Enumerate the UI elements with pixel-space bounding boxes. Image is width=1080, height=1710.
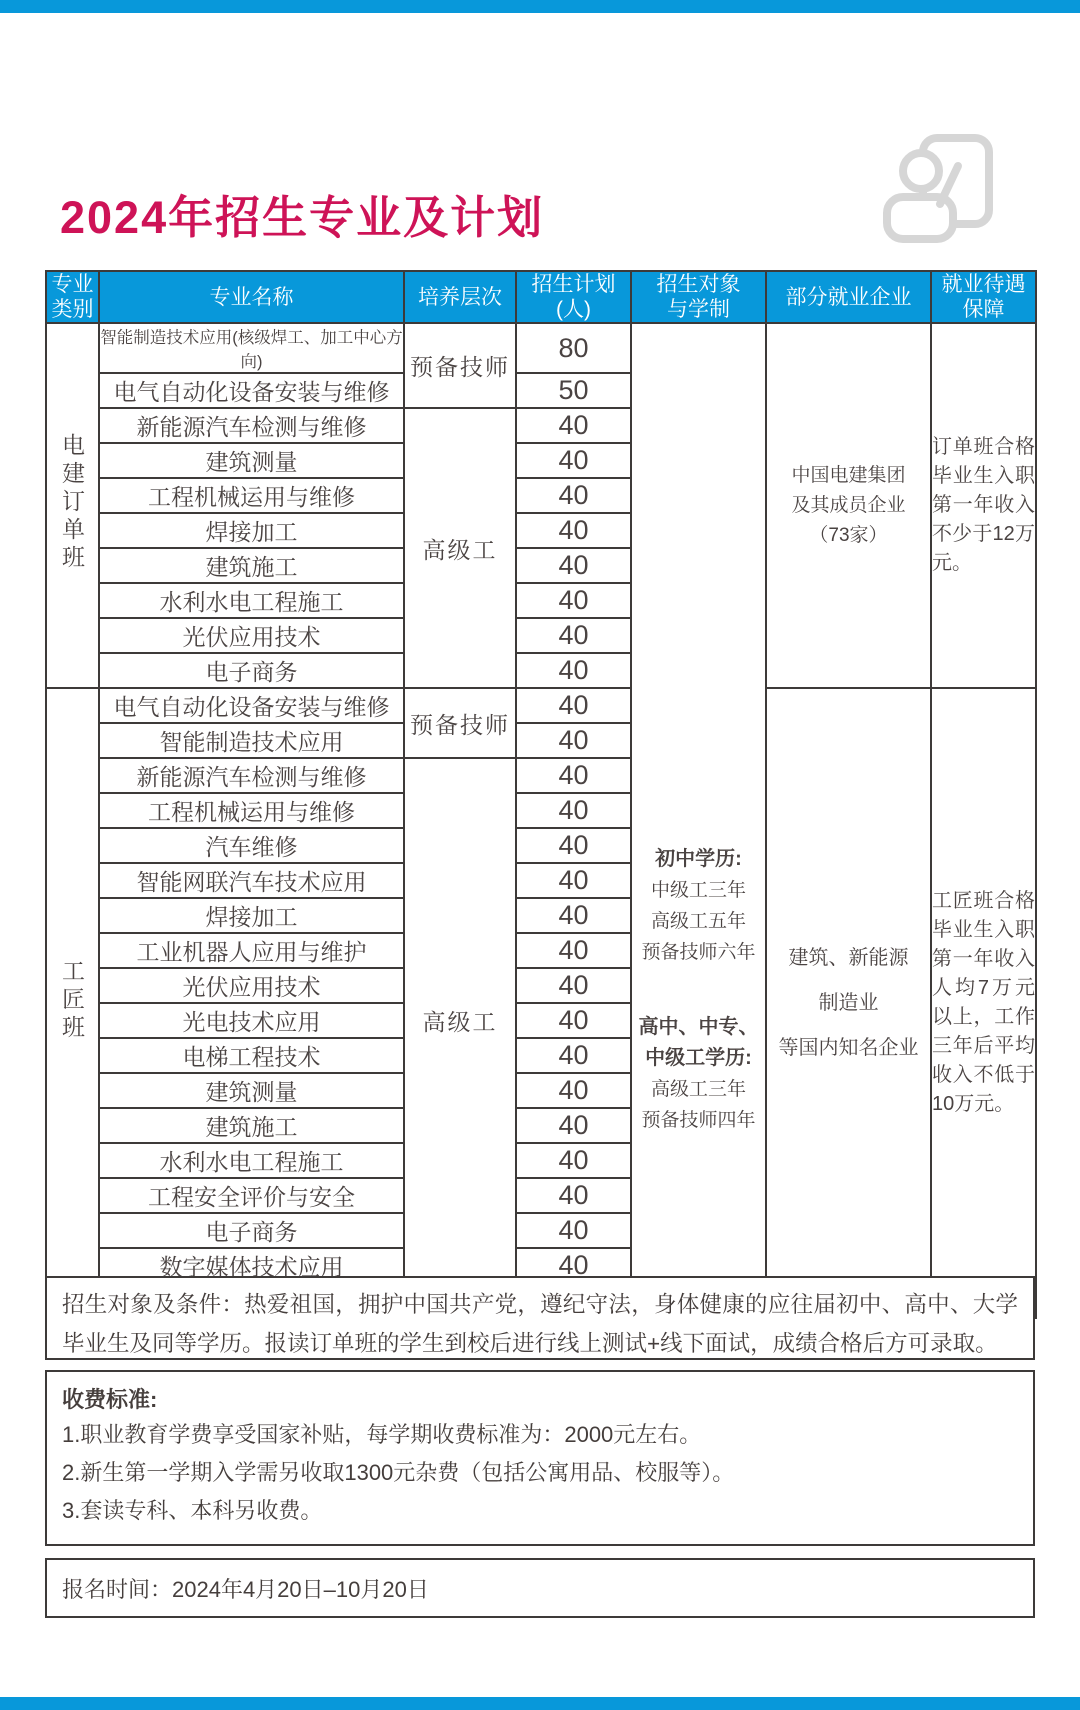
category-label: 工匠班 bbox=[56, 959, 89, 1043]
teacher-at-board-logo-icon bbox=[853, 130, 995, 244]
audience-block-title: 初中学历: bbox=[641, 844, 755, 875]
employers-line: 建筑、新能源 bbox=[767, 936, 930, 981]
category-cell: 工匠班 bbox=[46, 688, 99, 1318]
page-title: 2024年招生专业及计划 bbox=[60, 181, 544, 246]
major-cell: 建筑施工 bbox=[99, 1108, 404, 1143]
table-row: 工匠班电气自动化设备安装与维修预备技师40建筑、新能源制造业等国内知名企业工匠班… bbox=[46, 688, 1036, 723]
plan-cell: 40 bbox=[516, 1143, 631, 1178]
employers-line: 等国内知名企业 bbox=[767, 1026, 930, 1071]
employers-lines: 中国电建集团及其成员企业（73家） bbox=[767, 461, 930, 551]
table-body: 电建订单班智能制造技术应用(核级焊工、加工中心方向)预备技师80初中学历:中级工… bbox=[46, 323, 1036, 1318]
plan-cell: 40 bbox=[516, 828, 631, 863]
plan-cell: 40 bbox=[516, 968, 631, 1003]
benefit-cell: 订单班合格毕业生入职第一年收入不少于12万元。 bbox=[931, 323, 1036, 688]
table-row: 电建订单班智能制造技术应用(核级焊工、加工中心方向)预备技师80初中学历:中级工… bbox=[46, 323, 1036, 373]
major-cell: 智能网联汽车技术应用 bbox=[99, 863, 404, 898]
major-cell: 建筑测量 bbox=[99, 1073, 404, 1108]
audience-block-junior: 初中学历:中级工三年高级工五年预备技师六年 bbox=[641, 844, 755, 968]
major-cell: 建筑测量 bbox=[99, 443, 404, 478]
major-cell: 焊接加工 bbox=[99, 513, 404, 548]
major-cell: 焊接加工 bbox=[99, 898, 404, 933]
plan-cell: 40 bbox=[516, 1038, 631, 1073]
major-cell: 汽车维修 bbox=[99, 828, 404, 863]
major-cell: 新能源汽车检测与维修 bbox=[99, 408, 404, 443]
audience-block-title: 高中、中专、 bbox=[639, 1012, 759, 1043]
enrollment-plan-table: 专业类别 专业名称 培养层次 招生计划(人) 招生对象与学制 部分就业企业 就业… bbox=[45, 270, 1037, 1319]
employers-line: （73家） bbox=[767, 521, 930, 551]
audience-block-title: 中级工学历: bbox=[639, 1043, 759, 1074]
col-header-level: 培养层次 bbox=[404, 271, 516, 323]
col-header-major: 专业名称 bbox=[99, 271, 404, 323]
major-cell: 电梯工程技术 bbox=[99, 1038, 404, 1073]
col-header-employers: 部分就业企业 bbox=[766, 271, 931, 323]
major-cell: 电气自动化设备安装与维修 bbox=[99, 688, 404, 723]
benefit-cell: 工匠班合格毕业生入职第一年收入人均7万元以上，工作三年后平均收入不低于10万元。 bbox=[931, 688, 1036, 1318]
table-header: 专业类别 专业名称 培养层次 招生计划(人) 招生对象与学制 部分就业企业 就业… bbox=[46, 271, 1036, 323]
plan-cell: 40 bbox=[516, 1213, 631, 1248]
level-cell: 预备技师 bbox=[404, 323, 516, 408]
major-cell: 工程机械运用与维修 bbox=[99, 478, 404, 513]
audience-block-senior: 高中、中专、中级工学历:高级工三年预备技师四年 bbox=[639, 1012, 759, 1136]
col-header-plan: 招生计划(人) bbox=[516, 271, 631, 323]
col-header-audience: 招生对象与学制 bbox=[631, 271, 766, 323]
plan-cell: 40 bbox=[516, 758, 631, 793]
admission-requirements-note: 招生对象及条件：热爱祖国，拥护中国共产党，遵纪守法，身体健康的应往届初中、高中、… bbox=[45, 1276, 1035, 1360]
employers-line: 制造业 bbox=[767, 981, 930, 1026]
audience-line: 中级工三年 bbox=[641, 875, 755, 906]
col-header-category: 专业类别 bbox=[46, 271, 99, 323]
level-cell: 预备技师 bbox=[404, 688, 516, 758]
category-label: 电建订单班 bbox=[56, 433, 89, 573]
fees-section: 收费标准: 1.职业教育学费享受国家补贴，每学期收费标准为：2000元左右。 2… bbox=[45, 1370, 1035, 1546]
bottom-accent-bar bbox=[0, 1697, 1080, 1710]
plan-cell: 40 bbox=[516, 933, 631, 968]
plan-cell: 40 bbox=[516, 408, 631, 443]
major-cell: 光伏应用技术 bbox=[99, 618, 404, 653]
major-cell: 水利水电工程施工 bbox=[99, 583, 404, 618]
plan-cell: 40 bbox=[516, 443, 631, 478]
plan-cell: 40 bbox=[516, 478, 631, 513]
major-cell: 工程机械运用与维修 bbox=[99, 793, 404, 828]
employers-line: 中国电建集团 bbox=[767, 461, 930, 491]
major-cell: 建筑施工 bbox=[99, 548, 404, 583]
plan-cell: 40 bbox=[516, 1108, 631, 1143]
major-cell: 电子商务 bbox=[99, 1213, 404, 1248]
employers-lines: 建筑、新能源制造业等国内知名企业 bbox=[767, 936, 930, 1071]
major-cell: 水利水电工程施工 bbox=[99, 1143, 404, 1178]
category-cell: 电建订单班 bbox=[46, 323, 99, 688]
plan-cell: 40 bbox=[516, 688, 631, 723]
audience-line: 预备技师四年 bbox=[639, 1105, 759, 1136]
plan-cell: 40 bbox=[516, 723, 631, 758]
employers-line: 及其成员企业 bbox=[767, 491, 930, 521]
plan-cell: 50 bbox=[516, 373, 631, 408]
fees-title: 收费标准: bbox=[62, 1384, 1018, 1416]
poster-page: 2024年招生专业及计划 专业类别 专业名称 培养层次 招生计划(人) 招生对象… bbox=[0, 0, 1080, 1710]
benefit-text: 订单班合格毕业生入职第一年收入不少于12万元。 bbox=[932, 433, 1035, 578]
major-cell: 光伏应用技术 bbox=[99, 968, 404, 1003]
level-cell: 高级工 bbox=[404, 408, 516, 688]
major-cell: 智能制造技术应用 bbox=[99, 723, 404, 758]
plan-cell: 40 bbox=[516, 618, 631, 653]
signup-period-note: 报名时间：2024年4月20日–10月20日 bbox=[45, 1558, 1035, 1618]
major-cell: 工业机器人应用与维护 bbox=[99, 933, 404, 968]
plan-cell: 40 bbox=[516, 653, 631, 688]
head-shape bbox=[903, 153, 939, 189]
plan-cell: 40 bbox=[516, 863, 631, 898]
plan-cell: 80 bbox=[516, 323, 631, 373]
audience-cell: 初中学历:中级工三年高级工五年预备技师六年高中、中专、中级工学历:高级工三年预备… bbox=[631, 323, 766, 1318]
audience-line: 高级工五年 bbox=[641, 906, 755, 937]
audience-line: 高级工三年 bbox=[639, 1074, 759, 1105]
plan-cell: 40 bbox=[516, 898, 631, 933]
fee-item-1: 1.职业教育学费享受国家补贴，每学期收费标准为：2000元左右。 bbox=[62, 1416, 1018, 1454]
employers-cell: 建筑、新能源制造业等国内知名企业 bbox=[766, 688, 931, 1318]
plan-cell: 40 bbox=[516, 1003, 631, 1038]
fee-item-2: 2.新生第一学期入学需另收取1300元杂费（包括公寓用品、校服等）。 bbox=[62, 1454, 1018, 1492]
audience-line: 预备技师六年 bbox=[641, 937, 755, 968]
audience-content: 初中学历:中级工三年高级工五年预备技师六年高中、中专、中级工学历:高级工三年预备… bbox=[632, 506, 765, 1136]
major-cell: 工程安全评价与安全 bbox=[99, 1178, 404, 1213]
major-cell: 新能源汽车检测与维修 bbox=[99, 758, 404, 793]
major-cell: 电气自动化设备安装与维修 bbox=[99, 373, 404, 408]
plan-cell: 40 bbox=[516, 513, 631, 548]
level-cell: 高级工 bbox=[404, 758, 516, 1283]
plan-cell: 40 bbox=[516, 583, 631, 618]
fee-item-3: 3.套读专科、本科另收费。 bbox=[62, 1492, 1018, 1530]
plan-cell: 40 bbox=[516, 548, 631, 583]
major-cell: 智能制造技术应用(核级焊工、加工中心方向) bbox=[99, 323, 404, 373]
benefit-text: 工匠班合格毕业生入职第一年收入人均7万元以上，工作三年后平均收入不低于10万元。 bbox=[932, 887, 1035, 1119]
plan-cell: 40 bbox=[516, 1178, 631, 1213]
major-cell: 电子商务 bbox=[99, 653, 404, 688]
col-header-benefit: 就业待遇保障 bbox=[931, 271, 1036, 323]
plan-cell: 40 bbox=[516, 793, 631, 828]
major-cell: 光电技术应用 bbox=[99, 1003, 404, 1038]
employers-cell: 中国电建集团及其成员企业（73家） bbox=[766, 323, 931, 688]
top-accent-bar bbox=[0, 0, 1080, 13]
plan-cell: 40 bbox=[516, 1073, 631, 1108]
